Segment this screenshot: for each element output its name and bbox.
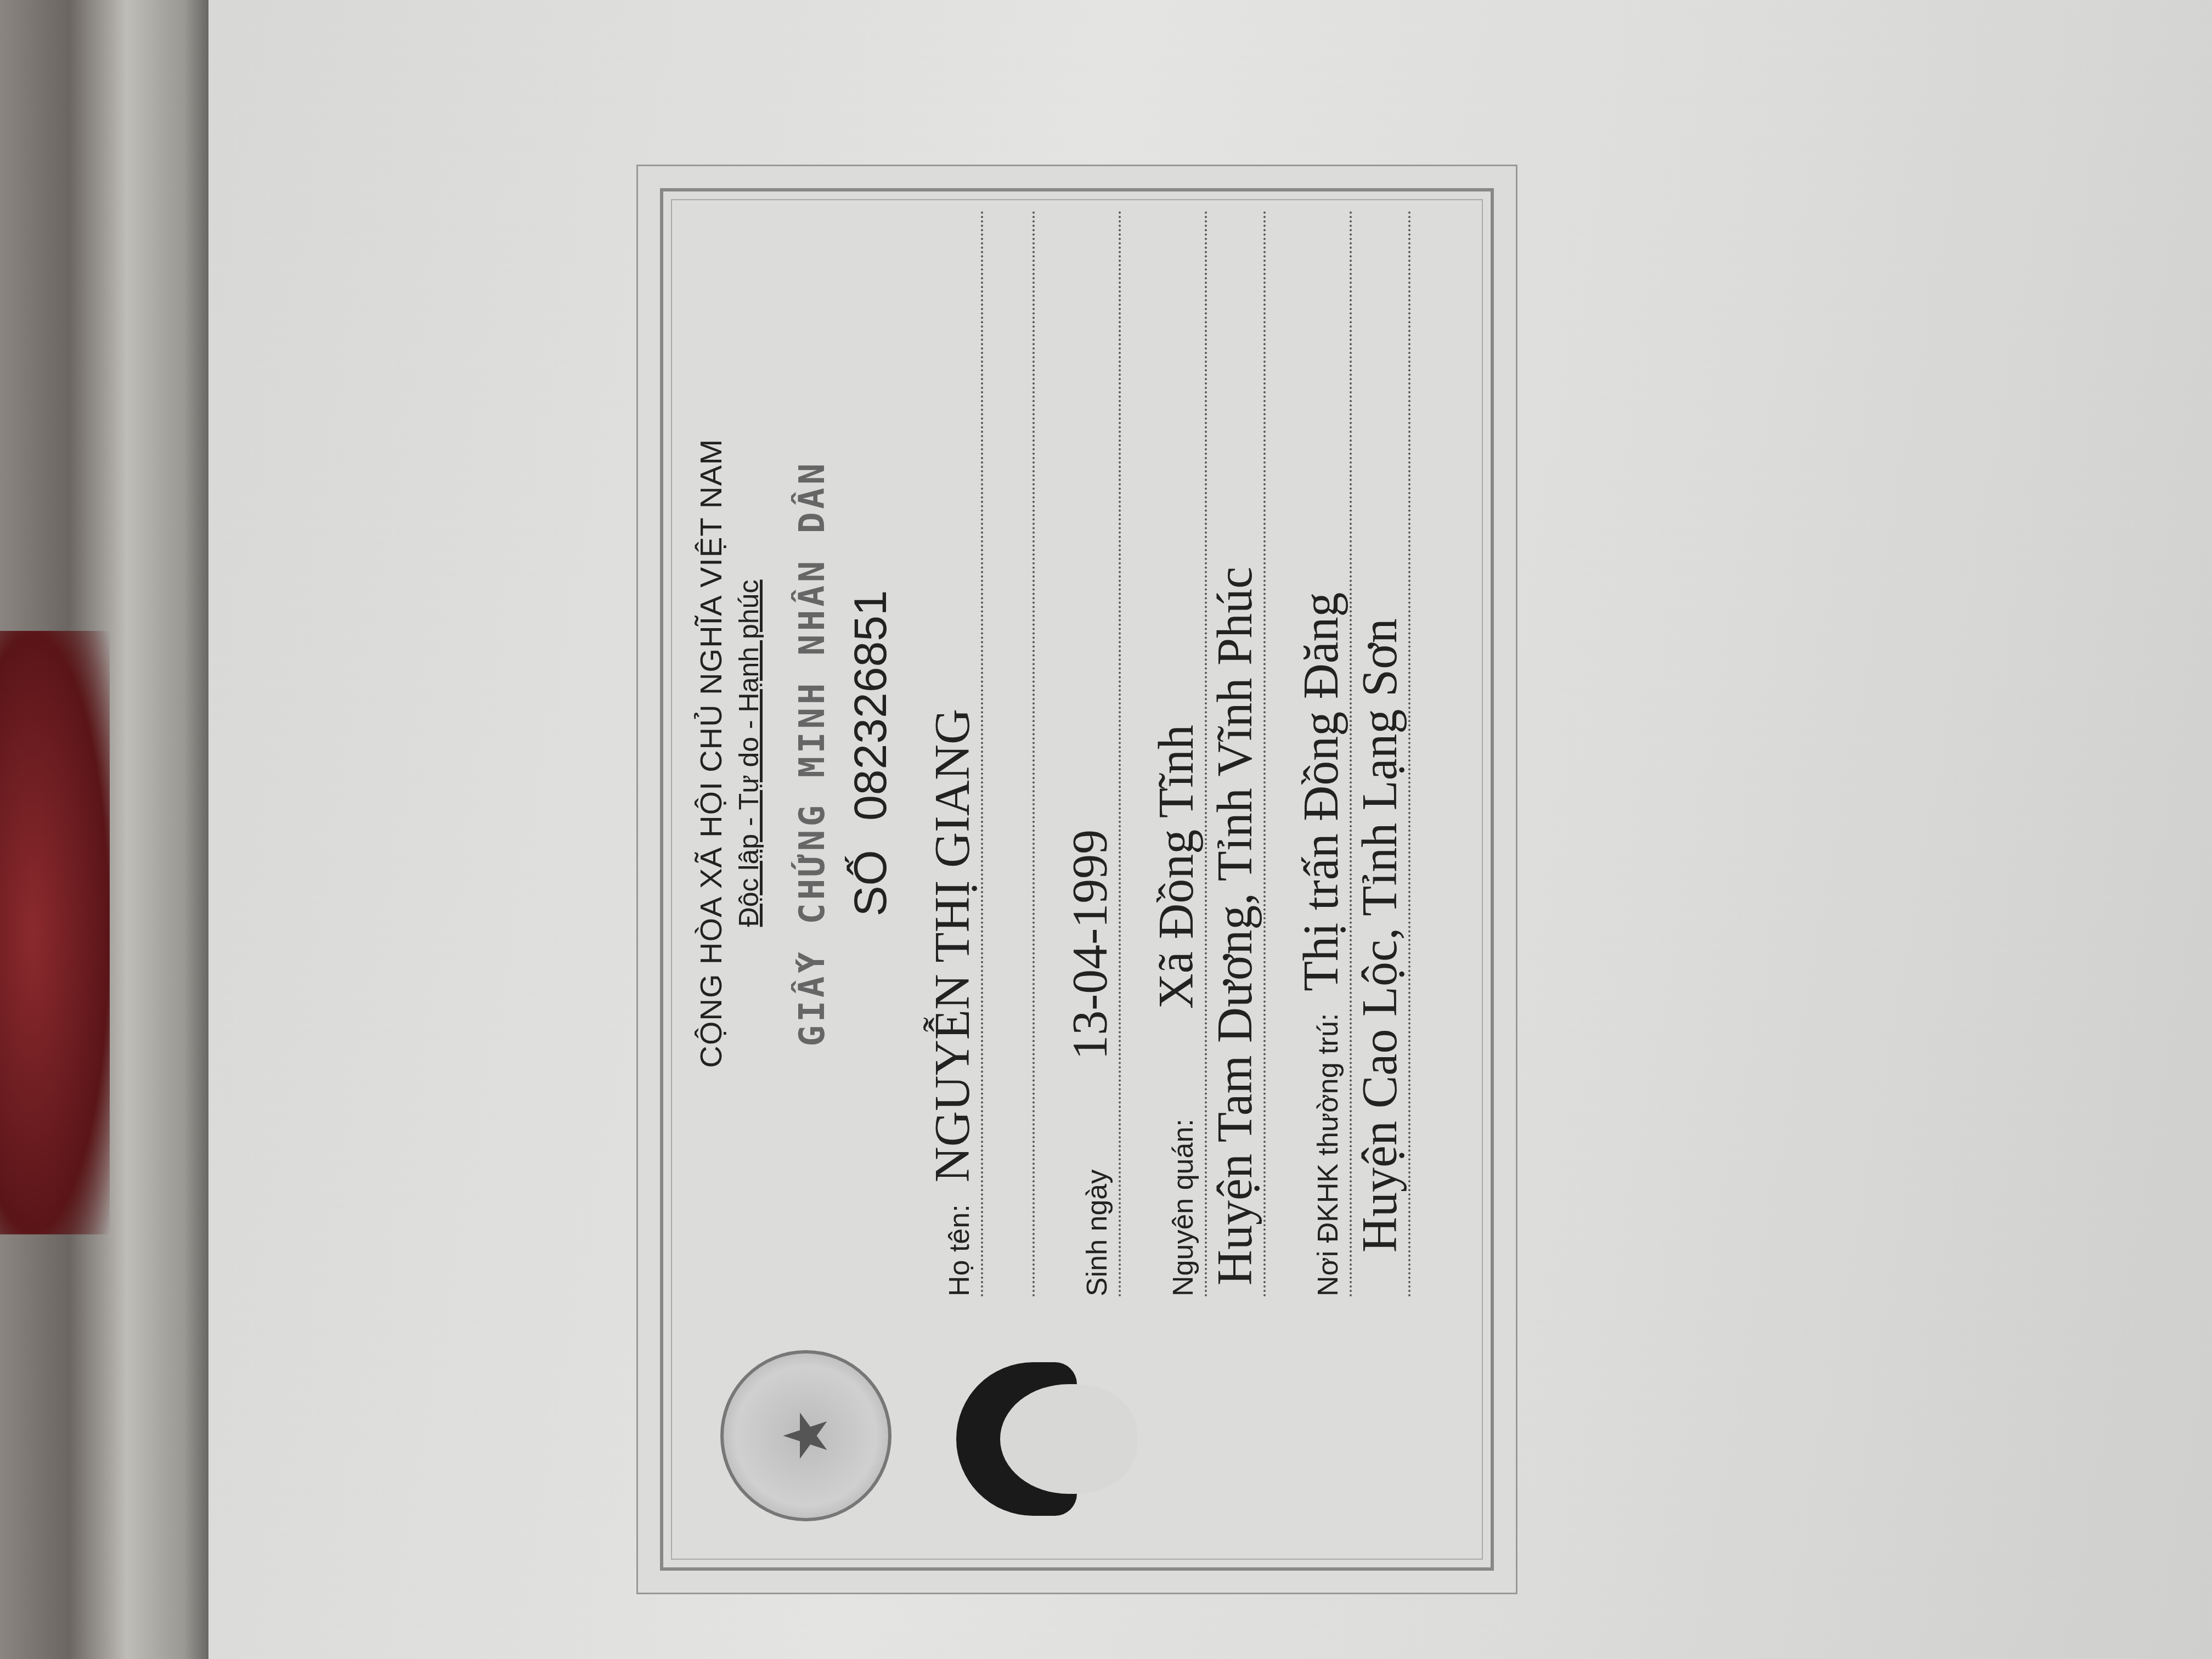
hometown-line2: Huyện Tam Dương, Tỉnh Vĩnh Phúc bbox=[1207, 210, 1266, 1296]
id-number-label: SỐ bbox=[844, 850, 896, 916]
hometown-row: Nguyên quán: Xã Đồng Tĩnh bbox=[1148, 210, 1207, 1296]
portrait-photo bbox=[956, 1362, 1154, 1516]
residence-label: Nơi ĐKHK thường trú: bbox=[1312, 1013, 1345, 1296]
document-title: GIẤY CHỨNG MINH NHÂN DÂN bbox=[792, 210, 833, 1296]
dob-value: 13-04-1999 bbox=[1062, 830, 1119, 1060]
hometown-label: Nguyên quán: bbox=[1167, 1119, 1200, 1296]
dob-label: Sinh ngày bbox=[1081, 1170, 1114, 1296]
dob-row: Sinh ngày 13-04-1999 bbox=[1062, 210, 1121, 1296]
star-icon: ★ bbox=[771, 1409, 841, 1463]
name-continuation-line bbox=[983, 210, 1035, 1296]
id-number: 082326851 bbox=[844, 590, 896, 820]
id-number-row: SỐ 082326851 bbox=[844, 210, 897, 1296]
name-value: NGUYỄN THỊ GIANG bbox=[924, 709, 981, 1182]
hometown-line1: Xã Đồng Tĩnh bbox=[1148, 725, 1205, 1009]
id-card-photocopy: ★ CỘNG HÒA XÃ HỘI CHỦ NGHĨA VIỆT NAM Độc… bbox=[636, 165, 1517, 1594]
card-text-area: CỘNG HÒA XÃ HỘI CHỦ NGHĨA VIỆT NAM Độc l… bbox=[693, 210, 1410, 1296]
background-object bbox=[0, 631, 110, 1234]
name-row: Họ tên: NGUYỄN THỊ GIANG bbox=[924, 210, 983, 1296]
name-label: Họ tên: bbox=[943, 1204, 976, 1296]
portrait-face bbox=[1000, 1384, 1137, 1494]
residence-line2: Huyện Cao Lộc, Tỉnh Lạng Sơn bbox=[1352, 210, 1410, 1296]
residence-line1: Thị trấn Đồng Đăng bbox=[1293, 592, 1350, 991]
residence-row: Nơi ĐKHK thường trú: Thị trấn Đồng Đăng bbox=[1293, 210, 1352, 1296]
country-header: CỘNG HÒA XÃ HỘI CHỦ NGHĨA VIỆT NAM bbox=[693, 210, 729, 1296]
national-emblem-icon: ★ bbox=[720, 1350, 891, 1521]
motto: Độc lập - Tự do - Hạnh phúc bbox=[733, 210, 765, 1296]
id-card-content: ★ CỘNG HÒA XÃ HỘI CHỦ NGHĨA VIỆT NAM Độc… bbox=[649, 177, 1505, 1582]
